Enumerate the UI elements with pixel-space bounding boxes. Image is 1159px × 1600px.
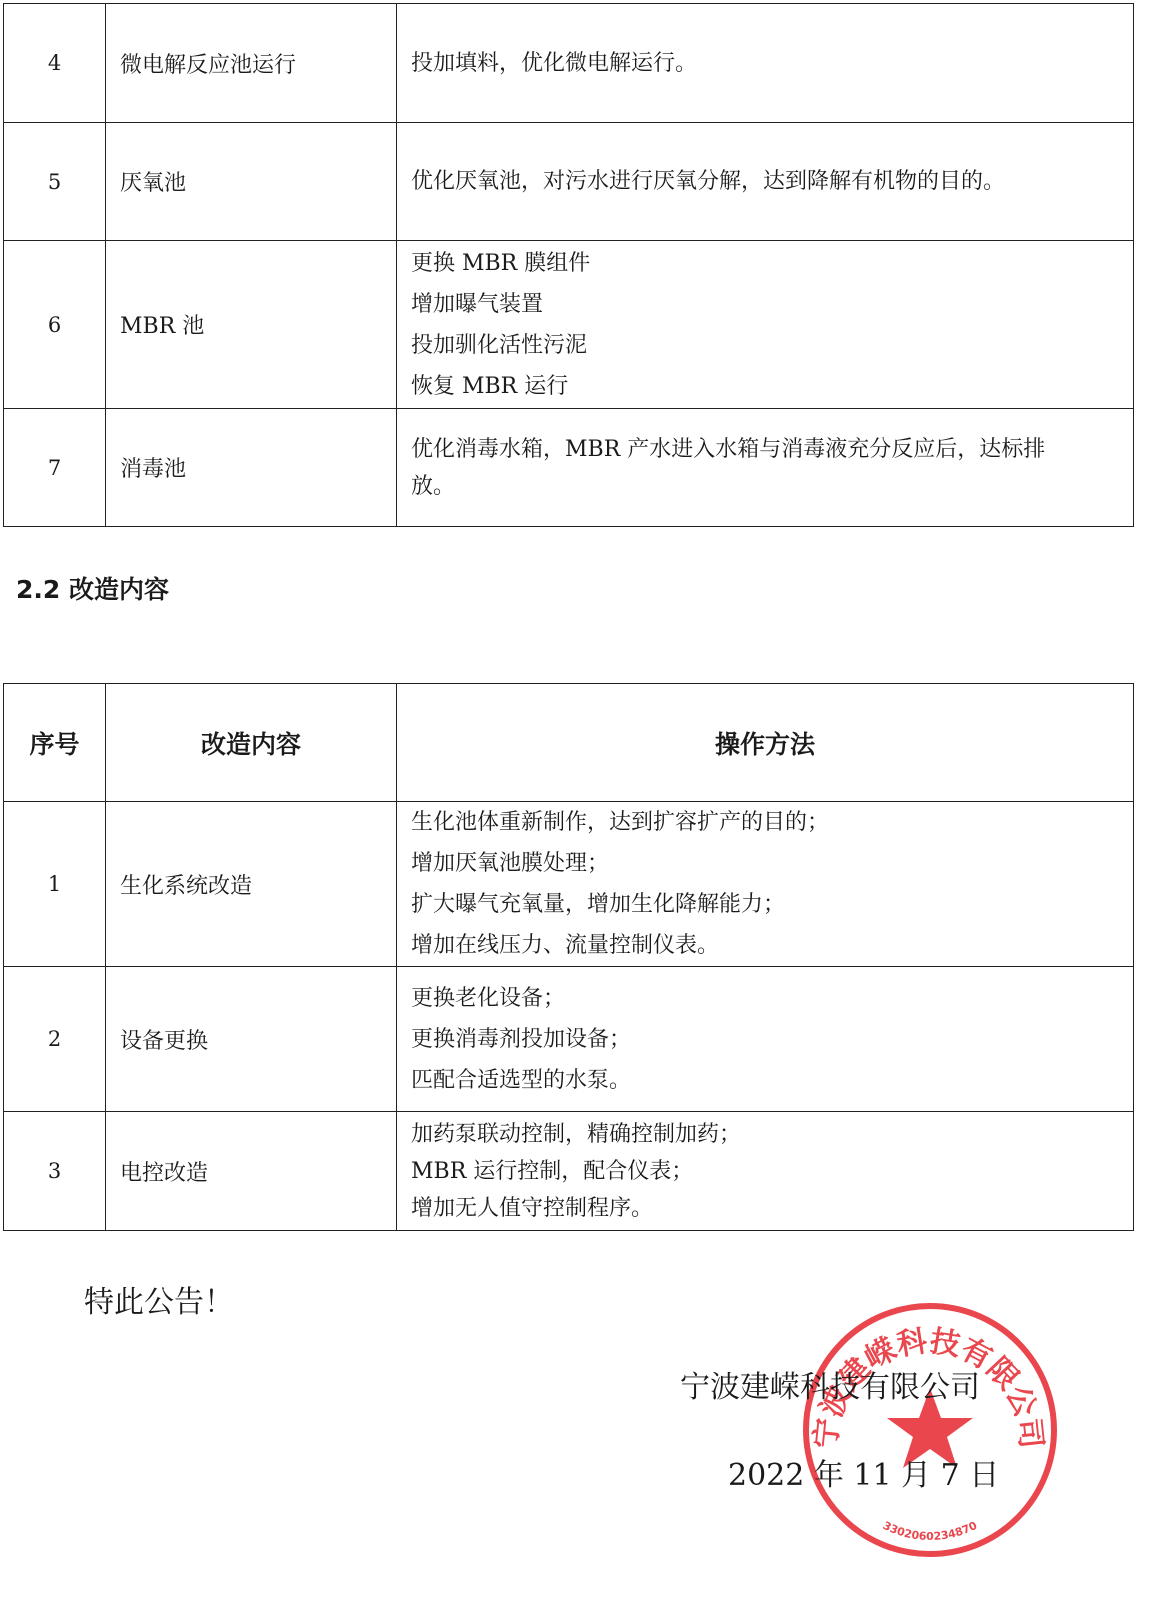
row-name: 厌氧池 [106, 123, 397, 241]
header-number: 序号 [4, 684, 106, 802]
row-description: 优化消毒水箱，MBR 产水进入水箱与消毒液充分反应后，达标排 放。 [397, 409, 1134, 527]
row-name: 电控改造 [106, 1112, 397, 1231]
row-number: 4 [4, 4, 106, 123]
row-description: 更换 MBR 膜组件 增加曝气装置 投加驯化活性污泥 恢复 MBR 运行 [397, 241, 1134, 409]
company-seal-icon: 宁波建嵘科技有限公司 3302060234870 [800, 1300, 1060, 1560]
row-number: 1 [4, 802, 106, 967]
row-description: 更换老化设备； 更换消毒剂投加设备； 匹配合适选型的水泵。 [397, 967, 1134, 1112]
table-row: 1 生化系统改造 生化池体重新制作，达到扩容扩产的目的； 增加厌氧池膜处理； 扩… [4, 802, 1134, 967]
row-name: 生化系统改造 [106, 802, 397, 967]
table-row: 2 设备更换 更换老化设备； 更换消毒剂投加设备； 匹配合适选型的水泵。 [4, 967, 1134, 1112]
row-description: 生化池体重新制作，达到扩容扩产的目的； 增加厌氧池膜处理； 扩大曝气充氧量，增加… [397, 802, 1134, 967]
table-header-row: 序号 改造内容 操作方法 [4, 684, 1134, 802]
header-content: 改造内容 [106, 684, 397, 802]
table-row: 3 电控改造 加药泵联动控制，精确控制加药； MBR 运行控制，配合仪表； 增加… [4, 1112, 1134, 1231]
row-name: MBR 池 [106, 241, 397, 409]
row-number: 3 [4, 1112, 106, 1231]
row-name: 微电解反应池运行 [106, 4, 397, 123]
signature-date: 2022 年 11 月 7 日 [728, 1450, 999, 1494]
table-row: 6 MBR 池 更换 MBR 膜组件 增加曝气装置 投加驯化活性污泥 恢复 MB… [4, 241, 1134, 409]
notice-text: 特此公告！ [84, 1277, 234, 1321]
company-name: 宁波建嵘科技有限公司 [680, 1362, 980, 1406]
row-name: 消毒池 [106, 409, 397, 527]
row-description: 加药泵联动控制，精确控制加药； MBR 运行控制，配合仪表； 增加无人值守控制程… [397, 1112, 1134, 1231]
svg-text:3302060234870: 3302060234870 [881, 1519, 980, 1543]
table-row: 4 微电解反应池运行 投加填料，优化微电解运行。 [4, 4, 1134, 123]
table-row: 5 厌氧池 优化厌氧池，对污水进行厌氧分解，达到降解有机物的目的。 [4, 123, 1134, 241]
row-number: 2 [4, 967, 106, 1112]
process-table: 4 微电解反应池运行 投加填料，优化微电解运行。 5 厌氧池 优化厌氧池，对污水… [3, 3, 1134, 527]
table-row: 7 消毒池 优化消毒水箱，MBR 产水进入水箱与消毒液充分反应后，达标排 放。 [4, 409, 1134, 527]
row-number: 7 [4, 409, 106, 527]
row-number: 5 [4, 123, 106, 241]
row-description: 优化厌氧池，对污水进行厌氧分解，达到降解有机物的目的。 [397, 123, 1134, 241]
row-number: 6 [4, 241, 106, 409]
row-name: 设备更换 [106, 967, 397, 1112]
section-heading: 2.2 改造内容 [16, 570, 169, 606]
renovation-table: 序号 改造内容 操作方法 1 生化系统改造 生化池体重新制作，达到扩容扩产的目的… [3, 683, 1134, 1231]
row-description: 投加填料，优化微电解运行。 [397, 4, 1134, 123]
header-method: 操作方法 [397, 684, 1134, 802]
